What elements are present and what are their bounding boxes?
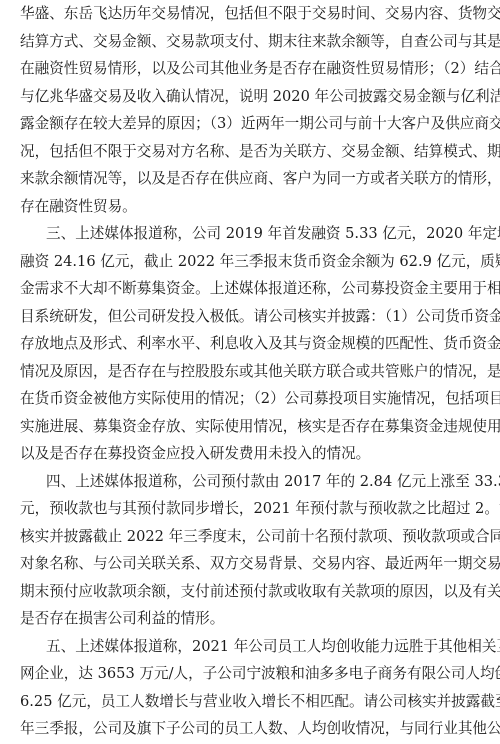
text-line: 融资 24.16 亿元，截止 2022 年三季报末货币资金余额为 62.9 亿元…: [20, 252, 473, 272]
text-line: 网企业，达 3653 万元/人，子公司宁波粮和油多多电子商务有限公司人均创收: [20, 664, 473, 684]
text-line: 在货币资金被他方实际使用的情况；（2）公司募投项目实施情况，包括项目名称、: [20, 389, 473, 409]
text-line: 目系统研发，但公司研发投入极低。请公司核实并披露：（1）公司货币资金余额、: [20, 307, 473, 327]
text-line: 实施进展、募集资金存放、实际使用情况，核实是否存在募集资金违规使用情况，: [20, 417, 473, 437]
text-line: 核实并披露截止 2022 年三季度末，公司前十名预付款项、预收款项或合同负债: [20, 527, 473, 547]
text-line: 元，预收款也与其预付款同步增长，2021 年预付款与预收款之比超过 2。请公司: [20, 499, 473, 519]
text-line: 对象名称、与公司关联关系、双方交易背景、交易内容、最近两年一期交易金额、: [20, 554, 473, 574]
text-line: 来款余额情况等，以及是否存在供应商、客户为同一方或者关联方的情形，是否: [20, 169, 473, 189]
text-line: 在融资性贸易情形，以及公司其他业务是否存在融资性贸易情形；（2）结合公司: [20, 59, 473, 79]
section-4-heading-line: 四、上述媒体报道称，公司预付款由 2017 年的 2.84 亿元上涨至 33.3…: [46, 472, 473, 492]
text-line: 与亿兆华盛交易及收入确认情况，说明 2020 年公司披露交易金额与亿利洁能披: [20, 87, 473, 107]
text-line: 6.25 亿元，员工人数增长与营业收入增长不相匹配。请公司核实并披露截至 202…: [20, 692, 473, 712]
text-line: 结算方式、交易金额、交易款项支付、期末往来款余额等，自查公司与其是否存: [20, 32, 473, 52]
text-line: 华盛、东岳飞达历年交易情况，包括但不限于交易时间、交易内容、货物交付、: [20, 4, 473, 24]
text-line: 情况及原因，是否存在与控股股东或其他关联方联合或共管账户的情况，是否存: [20, 362, 473, 382]
text-line: 是否存在损害公司利益的情形。: [20, 609, 473, 629]
text-line: 存在融资性贸易。: [20, 197, 473, 217]
text-line: 存放地点及形式、利率水平、利息收入及其与资金规模的匹配性、货币资金受限: [20, 334, 473, 354]
section-3-heading-line: 三、上述媒体报道称，公司 2019 年首发融资 5.33 亿元，2020 年定增…: [46, 224, 473, 244]
text-line: 金需求不大却不断募集资金。上述媒体报道还称，公司募投资金主要用于相关项: [20, 279, 473, 299]
text-line: 年三季报，公司及旗下子公司的员工人数、人均创收情况，与同行业其他公司的: [20, 719, 473, 739]
document-page: 华盛、东岳飞达历年交易情况，包括但不限于交易时间、交易内容、货物交付、 结算方式…: [0, 0, 500, 744]
section-5-heading-line: 五、上述媒体报道称，2021 年公司员工人均创收能力远胜于其他相关互联: [46, 637, 473, 657]
text-line: 以及是否存在募投资金应投入研发费用未投入的情况。: [20, 444, 473, 464]
text-line: 期末预付应收款项余额，支付前述预付款或收取有关款项的原因，以及有关交易: [20, 582, 473, 602]
text-line: 况，包括但不限于交易对方名称、是否为关联方、交易金额、结算模式、期末往: [20, 142, 473, 162]
text-line: 露金额存在较大差异的原因；（3）近两年一期公司与前十大客户及供应商交易情: [20, 114, 473, 134]
